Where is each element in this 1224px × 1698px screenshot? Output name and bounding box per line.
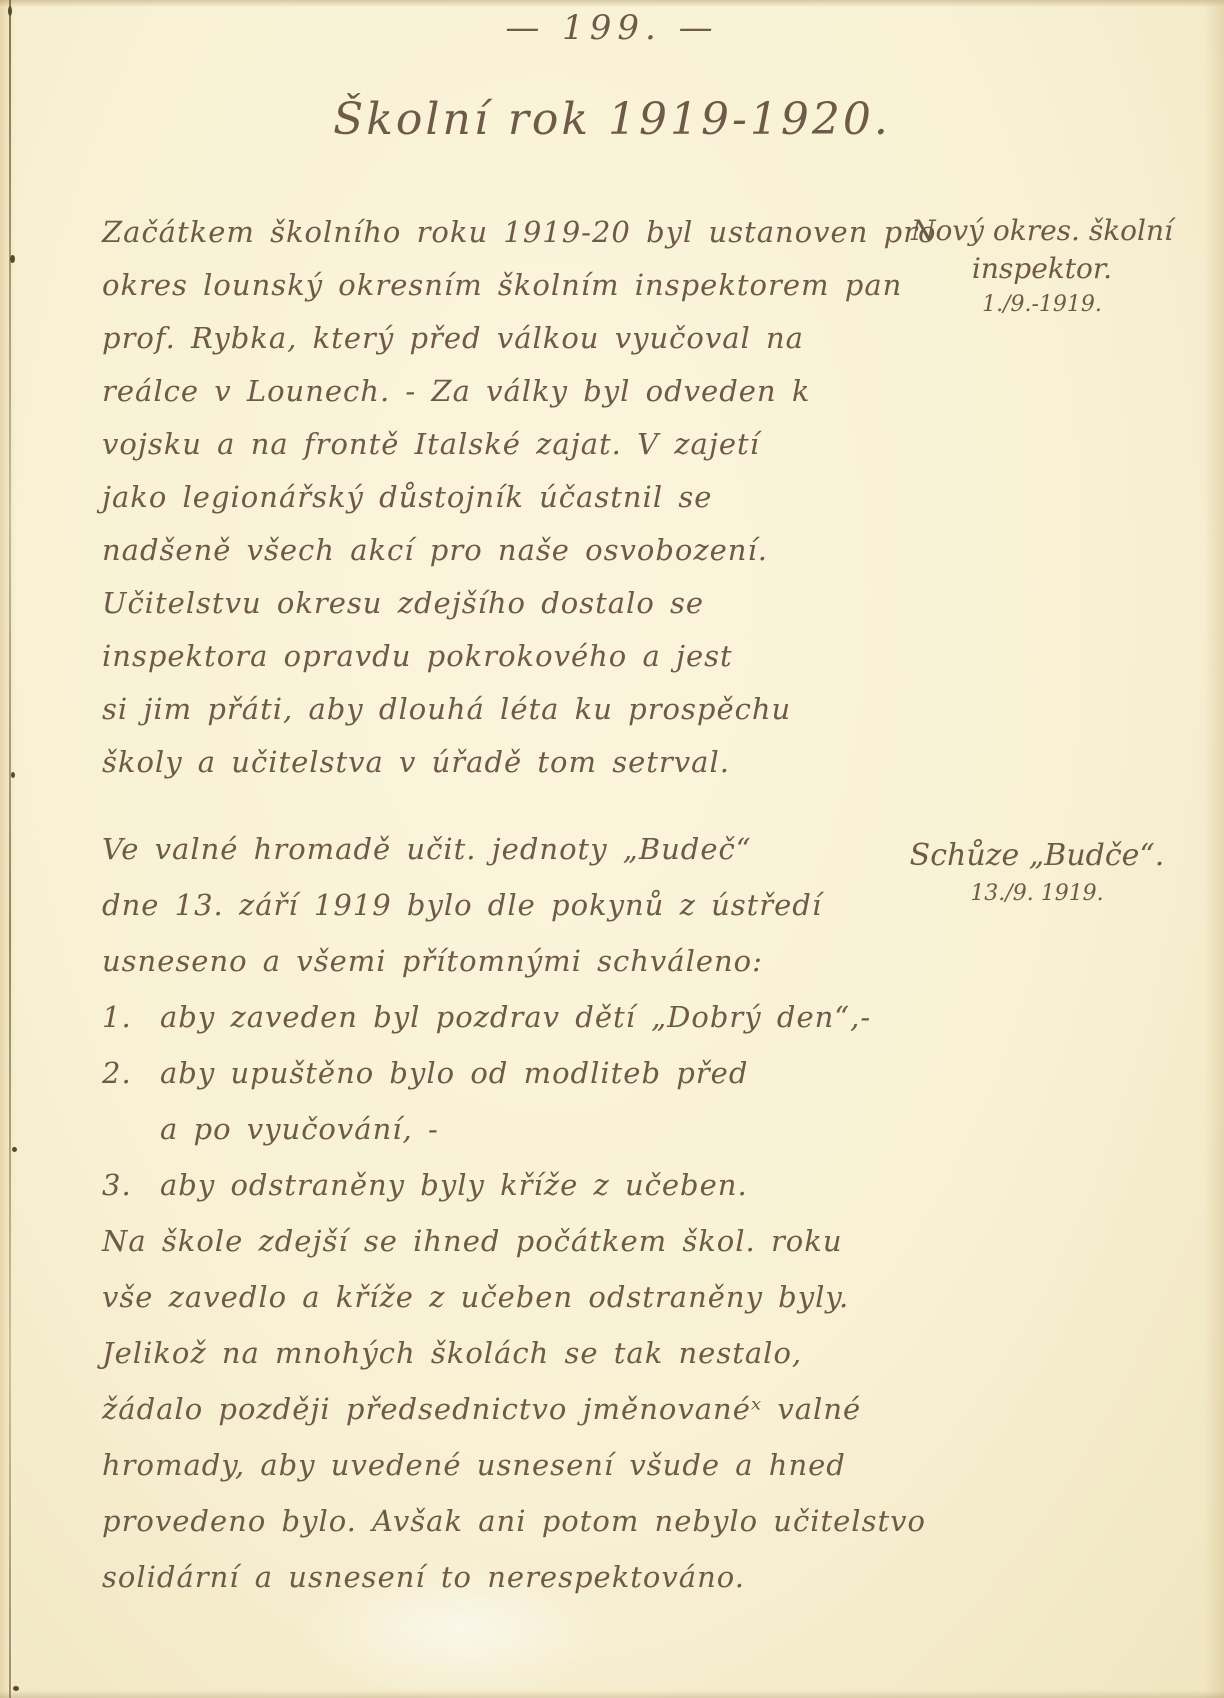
text-line: Na škole zdejší se ihned počátkem škol. … [102, 1213, 912, 1269]
text-line: vše zavedlo a kříže z učeben odstraněny … [102, 1269, 912, 1325]
page-header: — 199. — Školní rok 1919-1920. [0, 8, 1224, 145]
text-line: prof. Rybka, který před válkou vyučoval … [102, 312, 912, 365]
text-line: dne 13. září 1919 bylo dle pokynů z ústř… [102, 877, 912, 933]
paper-speck [10, 255, 15, 263]
paper-speck [11, 772, 15, 778]
margin-note-line: Schůze „Budče“. [858, 836, 1216, 877]
page-top-edge-shading [0, 0, 1224, 7]
paper-speck [12, 1147, 17, 1152]
resolution-item: 2.aby upuštěno bylo od modliteb před [102, 1045, 912, 1101]
resolution-number: 1. [102, 989, 160, 1045]
paragraph-new-inspector: Začátkem školního roku 1919-20 byl ustan… [102, 206, 912, 789]
margin-note-date: 13./9. 1919. [858, 879, 1216, 909]
page-number: — 199. — [0, 8, 1224, 48]
text-line: solidární a usnesení to nerespektováno. [102, 1549, 912, 1605]
text-line: hromady, aby uvedené usnesení všude a hn… [102, 1437, 912, 1493]
text-line: si jim přáti, aby dlouhá léta ku prospěc… [102, 683, 912, 736]
resolution-item: 3.aby odstraněny byly kříže z učeben. [102, 1157, 912, 1213]
margin-note-line: inspektor. [868, 250, 1216, 288]
page-title: Školní rok 1919-1920. [0, 94, 1224, 145]
resolution-item: 1.aby zaveden byl pozdrav dětí „Dobrý de… [102, 989, 912, 1045]
resolution-number: 2. [102, 1045, 160, 1101]
text-line: okres lounský okresním školním inspektor… [102, 259, 912, 312]
resolution-number: 3. [102, 1157, 160, 1213]
text-line: usneseno a všemi přítomnými schváleno: [102, 933, 912, 989]
text-line: reálce v Lounech. - Za války byl odveden… [102, 365, 912, 418]
margin-note-line: Nový okres. školní [868, 212, 1216, 250]
body-text: Začátkem školního roku 1919-20 byl ustan… [102, 206, 912, 1605]
margin-note-date: 1./9.-1919. [868, 290, 1216, 320]
resolution-text-continuation: a po vyučování, - [102, 1101, 912, 1157]
resolution-text: aby odstraněny byly kříže z učeben. [160, 1168, 748, 1202]
paper-speck [13, 1686, 19, 1691]
margin-note-budec-meeting: Schůze „Budče“. 13./9. 1919. [858, 836, 1216, 908]
text-line: inspektora opravdu pokrokového a jest [102, 630, 912, 683]
text-line: vojsku a na frontě Italské zajat. V zaje… [102, 418, 912, 471]
paragraph-budec-meeting: Ve valné hromadě učit. jednoty „Budeč“ d… [102, 821, 912, 1605]
text-line: jako legionářský důstojník účastnil se [102, 471, 912, 524]
text-line: Začátkem školního roku 1919-20 byl ustan… [102, 206, 912, 259]
text-line: Ve valné hromadě učit. jednoty „Budeč“ [102, 821, 912, 877]
resolution-text: aby upuštěno bylo od modliteb před [160, 1056, 748, 1090]
text-line: žádalo později předsednictvo jměnovanéˣ … [102, 1381, 912, 1437]
text-line: školy a učitelstva v úřadě tom setrval. [102, 736, 912, 789]
text-line: Učitelstvu okresu zdejšího dostalo se [102, 577, 912, 630]
margin-note-new-inspector: Nový okres. školní inspektor. 1./9.-1919… [868, 212, 1216, 319]
text-line: nadšeně všech akcí pro naše osvobození. [102, 524, 912, 577]
resolution-text: aby zaveden byl pozdrav dětí „Dobrý den“… [160, 1000, 871, 1034]
text-line: Jelikož na mnohých školách se tak nestal… [102, 1325, 912, 1381]
chronicle-page: — 199. — Školní rok 1919-1920. Začátkem … [0, 0, 1224, 1698]
text-line: provedeno bylo. Avšak ani potom nebylo u… [102, 1493, 912, 1549]
